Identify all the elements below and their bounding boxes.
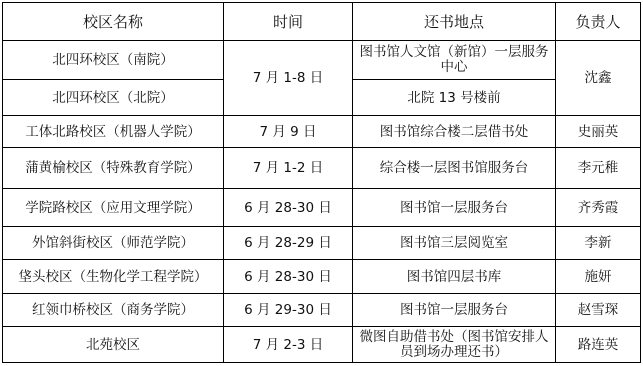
cell-campus: 学院路校区（应用文理学院）	[3, 189, 224, 227]
cell-time: 6 月 29-30 日	[224, 294, 353, 327]
header-time: 时间	[224, 3, 353, 41]
cell-location: 北院 13 号楼前	[353, 80, 556, 116]
cell-person: 路连英	[556, 327, 641, 363]
cell-person: 李新	[556, 227, 641, 260]
cell-campus: 外馆斜街校区（师范学院）	[3, 227, 224, 260]
cell-time: 7 月 9 日	[224, 116, 353, 148]
cell-campus: 工体北路校区（机器人学院）	[3, 116, 224, 148]
header-row: 校区名称 时间 还书地点 负责人	[3, 3, 641, 41]
cell-location: 微图自助借书处（图书馆安排人员到场办理还书）	[353, 327, 556, 363]
cell-person: 李元稚	[556, 148, 641, 189]
cell-person: 沈鑫	[556, 41, 641, 116]
cell-campus: 北四环校区（北院）	[3, 80, 224, 116]
cell-location: 图书馆四层书库	[353, 260, 556, 294]
cell-location: 图书馆一层服务台	[353, 189, 556, 227]
cell-campus: 蒲黄榆校区（特殊教育学院）	[3, 148, 224, 189]
header-campus: 校区名称	[3, 3, 224, 41]
cell-time: 7 月 1-2 日	[224, 148, 353, 189]
table-row: 学院路校区（应用文理学院） 6 月 28-30 日 图书馆一层服务台 齐秀霞	[3, 189, 641, 227]
table-row: 垡头校区（生物化学工程学院） 6 月 28-30 日 图书馆四层书库 施妍	[3, 260, 641, 294]
cell-location-text: 图书馆人文馆（新馆）一层服务中心	[355, 45, 553, 75]
cell-person: 赵雪琛	[556, 294, 641, 327]
cell-location-text: 微图自助借书处（图书馆安排人员到场办理还书）	[355, 330, 553, 360]
cell-time: 6 月 28-30 日	[224, 260, 353, 294]
table-row: 蒲黄榆校区（特殊教育学院） 7 月 1-2 日 综合楼一层图书馆服务台 李元稚	[3, 148, 641, 189]
cell-campus: 垡头校区（生物化学工程学院）	[3, 260, 224, 294]
cell-time: 6 月 28-30 日	[224, 189, 353, 227]
cell-location: 图书馆一层服务台	[353, 294, 556, 327]
table-row: 北苑校区 7 月 2-3 日 微图自助借书处（图书馆安排人员到场办理还书） 路连…	[3, 327, 641, 363]
book-return-schedule-table: 校区名称 时间 还书地点 负责人 北四环校区（南院） 7 月 1-8 日 图书馆…	[2, 2, 641, 363]
table-row: 工体北路校区（机器人学院） 7 月 9 日 图书馆综合楼二层借书处 史丽英	[3, 116, 641, 148]
table-row: 北四环校区（南院） 7 月 1-8 日 图书馆人文馆（新馆）一层服务中心 沈鑫	[3, 41, 641, 80]
header-person: 负责人	[556, 3, 641, 41]
table-row: 外馆斜街校区（师范学院） 6 月 28-29 日 图书馆三层阅览室 李新	[3, 227, 641, 260]
cell-campus: 北四环校区（南院）	[3, 41, 224, 80]
cell-time: 7 月 2-3 日	[224, 327, 353, 363]
cell-campus: 北苑校区	[3, 327, 224, 363]
table-row: 红领巾桥校区（商务学院） 6 月 29-30 日 图书馆一层服务台 赵雪琛	[3, 294, 641, 327]
cell-time: 7 月 1-8 日	[224, 41, 353, 116]
cell-location: 图书馆人文馆（新馆）一层服务中心	[353, 41, 556, 80]
cell-person: 史丽英	[556, 116, 641, 148]
cell-location: 图书馆综合楼二层借书处	[353, 116, 556, 148]
cell-person: 施妍	[556, 260, 641, 294]
cell-campus: 红领巾桥校区（商务学院）	[3, 294, 224, 327]
cell-location: 图书馆三层阅览室	[353, 227, 556, 260]
cell-person: 齐秀霞	[556, 189, 641, 227]
cell-time: 6 月 28-29 日	[224, 227, 353, 260]
header-location: 还书地点	[353, 3, 556, 41]
cell-location: 综合楼一层图书馆服务台	[353, 148, 556, 189]
